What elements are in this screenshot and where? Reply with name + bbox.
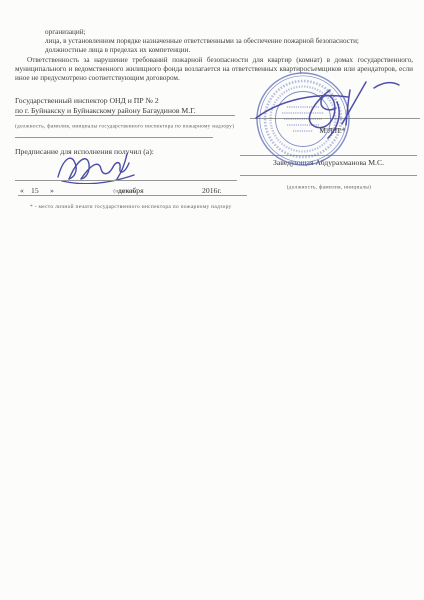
legal-list-item-1: организаций; [45, 28, 86, 37]
inspector-underline [15, 115, 235, 116]
document-page: организаций; лица, в установленном поряд… [0, 0, 424, 600]
inspector-signature [238, 66, 424, 142]
inspector-title: Государственный инспектор ОНД и ПР № 2 [15, 96, 159, 106]
recipient-underline [240, 175, 417, 176]
legal-list-item-2: лица, в установленном порядке назначенны… [45, 37, 359, 46]
date-underline [18, 195, 247, 196]
recipient-caption: (должность, фамилия, инициалы) [240, 178, 417, 196]
legal-list-item-3: должностные лица в пределах их компетенц… [45, 46, 190, 55]
footnote: * - место личной печати государственного… [30, 197, 327, 215]
blank-line [15, 137, 213, 138]
recipient-signature-underline [15, 180, 237, 181]
recipient-signature [48, 150, 168, 184]
